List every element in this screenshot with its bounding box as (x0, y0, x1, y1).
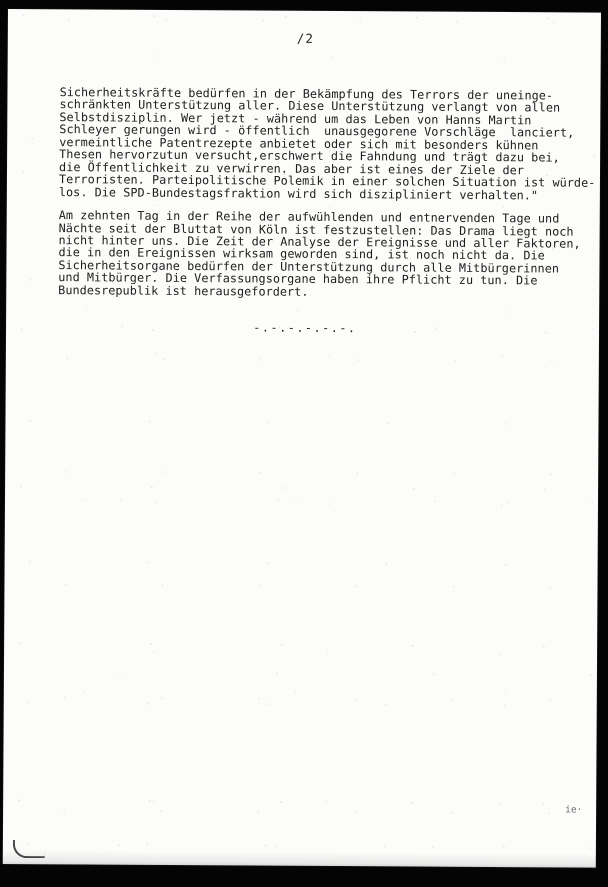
corner-annotation: ie· (565, 804, 582, 815)
scan-background: /2 Sicherheitskräfte bedürfen in der Bek… (0, 0, 608, 887)
scan-artifact-curl (13, 840, 45, 858)
end-separator: -.-.-.-.-.-. (58, 319, 552, 336)
paragraph-tenth-day: Am zehnten Tag in der Reihe der aufwühle… (58, 209, 599, 300)
page-number: /2 (297, 31, 314, 46)
document-page: /2 Sicherheitskräfte bedürfen in der Bek… (3, 9, 601, 868)
document-body: Sicherheitskräfte bedürfen in der Bekämp… (58, 86, 600, 337)
paragraph-spd-statement: Sicherheitskräfte bedürfen in der Bekämp… (59, 86, 600, 202)
